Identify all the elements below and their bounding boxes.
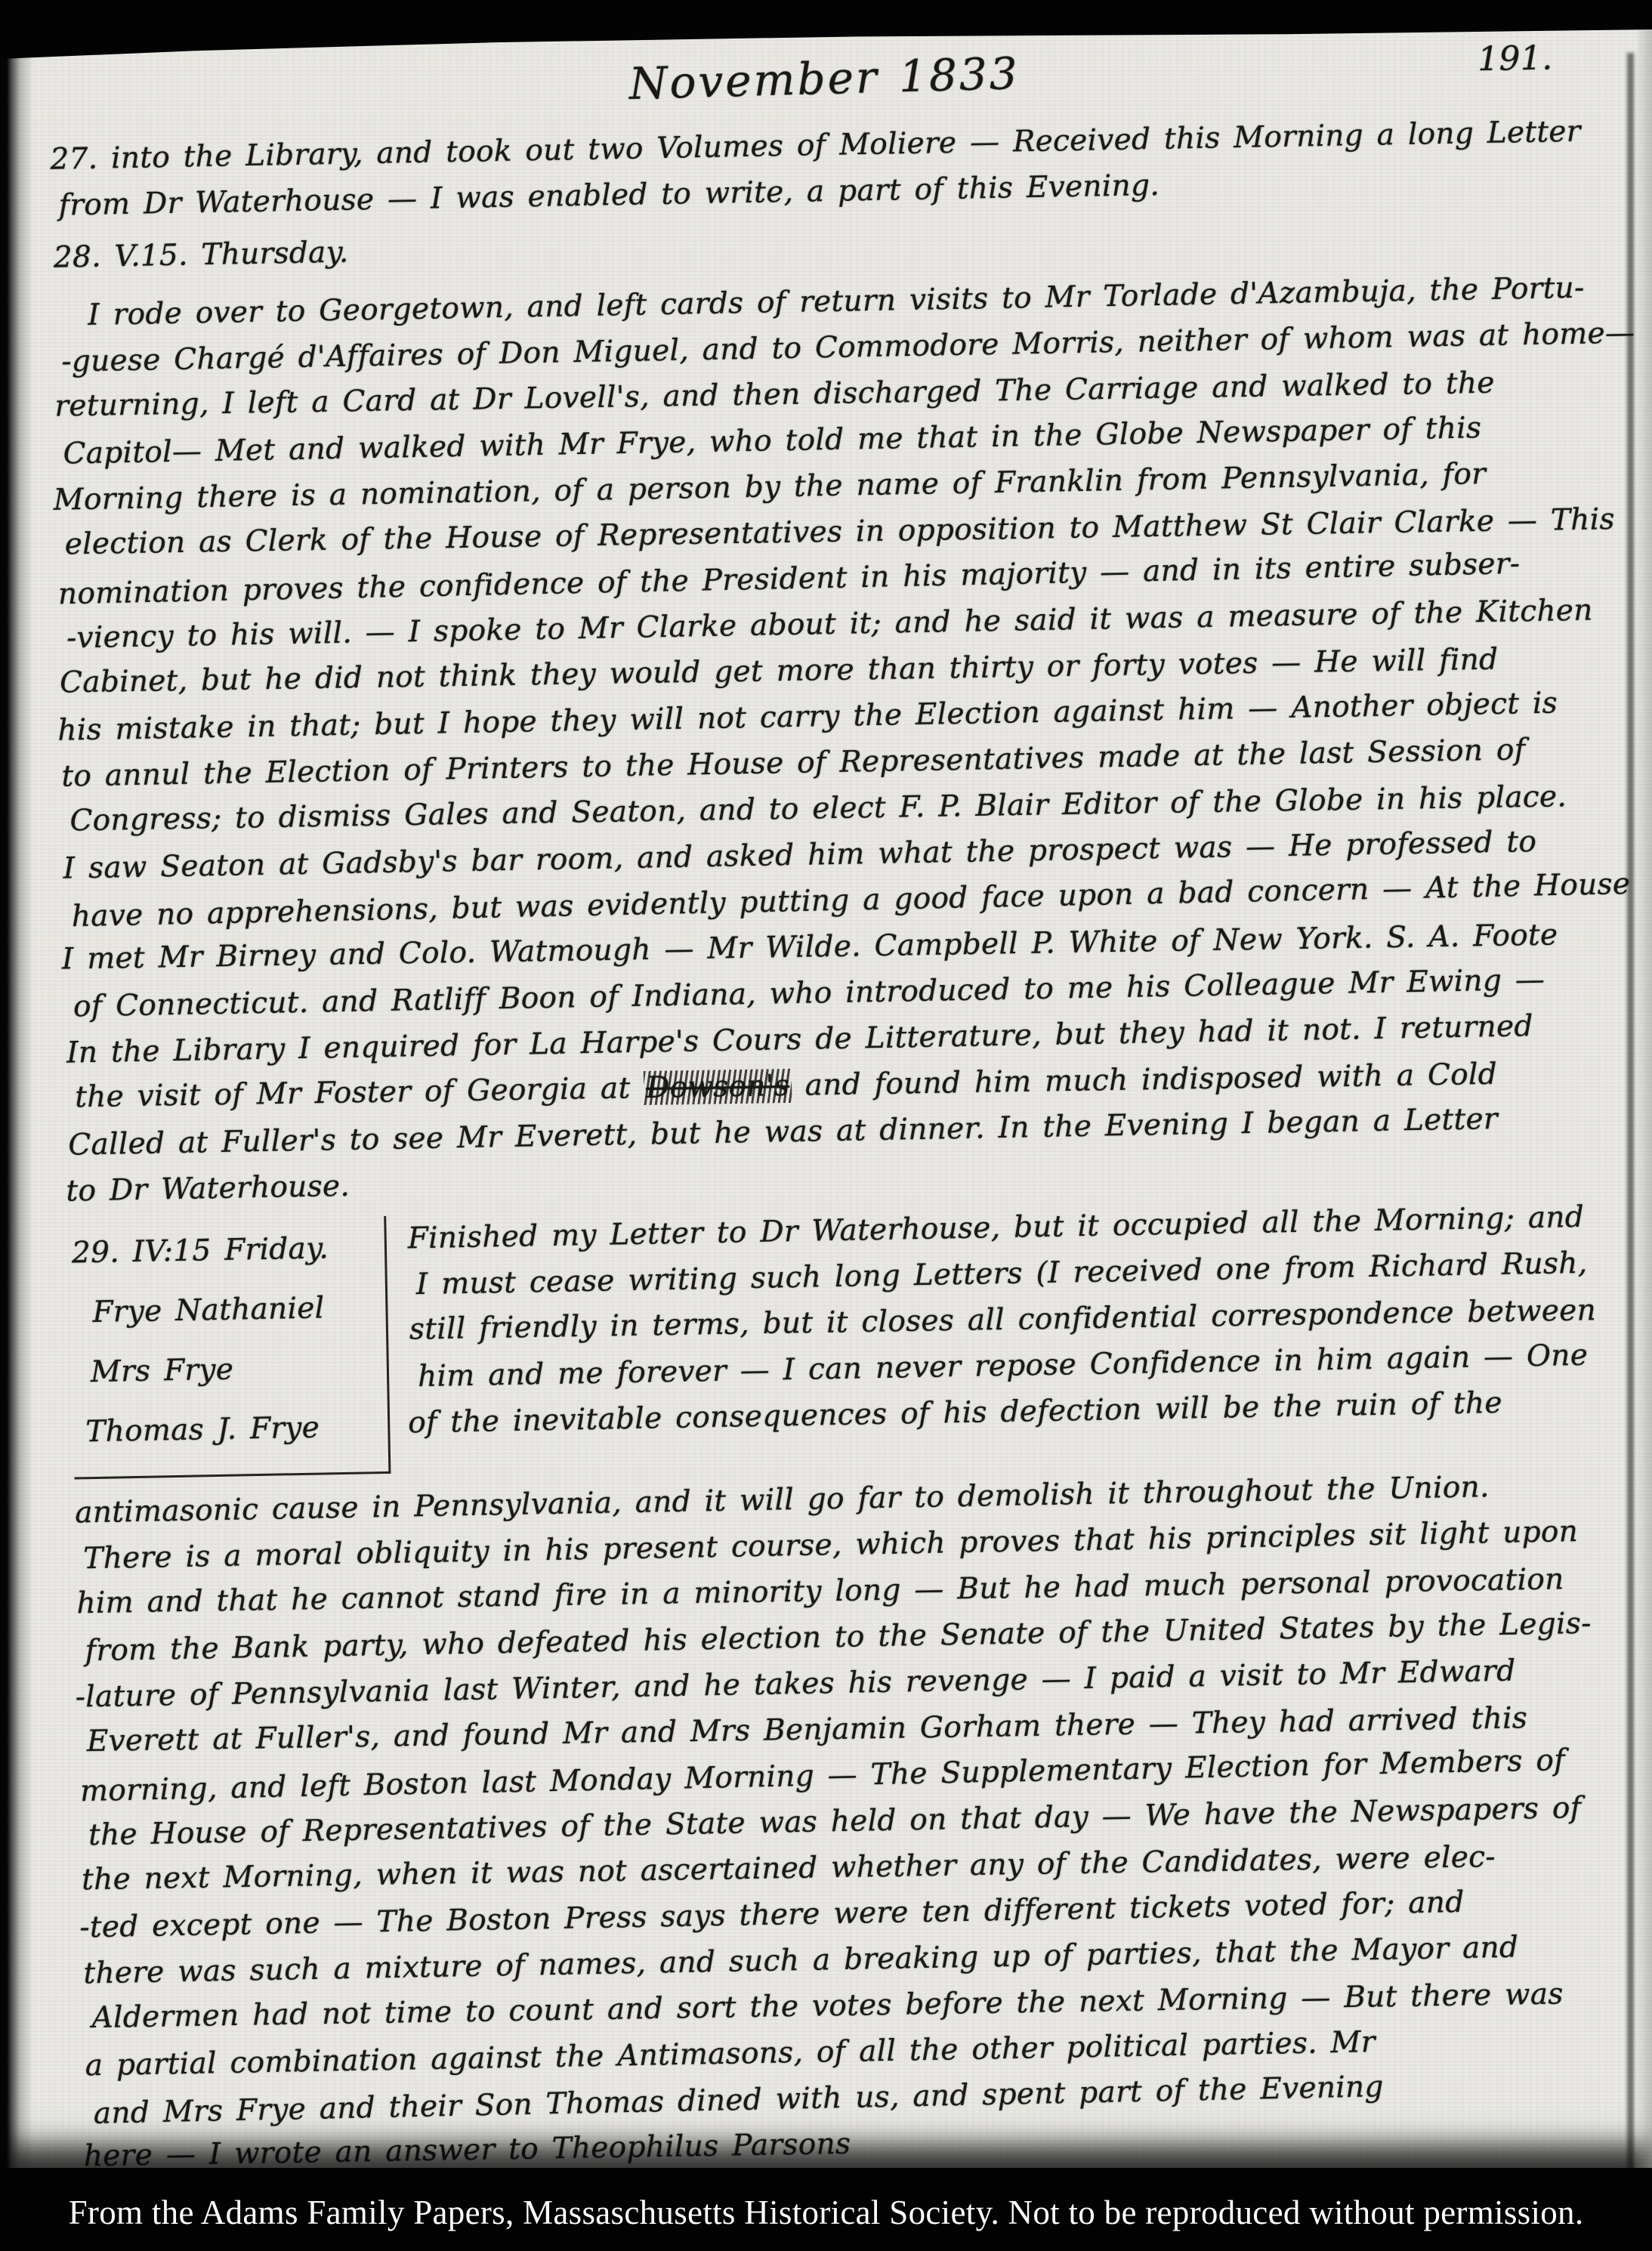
entry-29-section: 29. IV:15 Friday. Frye Nathaniel Mrs Fry… [69,1193,1625,1480]
entry-29-body-column: Finished my Letter to Dr Waterhouse, but… [386,1193,1625,1474]
entry-29-body-full-width: antimasonic cause in Pennsylvania, and i… [75,1462,1638,2181]
margin-note-name: Thomas J. Frye [85,1397,376,1462]
struck-out-word: Dowson's [644,1069,792,1105]
entry-28-body: I rode over to Georgetown, and left card… [53,264,1620,1214]
margin-note-name: Mrs Frye [90,1337,375,1402]
line-text-before-strikeout: the visit of Mr Foster of Georgia at [75,1071,644,1114]
manuscript-page: November 1833 191. 27. into the Library,… [0,0,1652,2251]
page-number: 191. [1478,35,1553,82]
entry-29-date-heading: 29. IV:15 Friday. [71,1218,372,1283]
footer-credit-bar: From the Adams Family Papers, Massaschus… [0,2168,1652,2251]
footer-credit-text: From the Adams Family Papers, Massaschus… [69,2193,1584,2232]
margin-note-box: 29. IV:15 Friday. Frye Nathaniel Mrs Fry… [69,1216,391,1480]
line-text-after-strikeout: and found him much indisposed with a Col… [792,1058,1498,1103]
manuscript-content: November 1833 191. 27. into the Library,… [48,36,1638,2181]
scan-left-edge [0,0,33,2251]
margin-note-name: Frye Nathaniel [92,1277,374,1342]
scan-right-shade [1635,0,1652,2251]
